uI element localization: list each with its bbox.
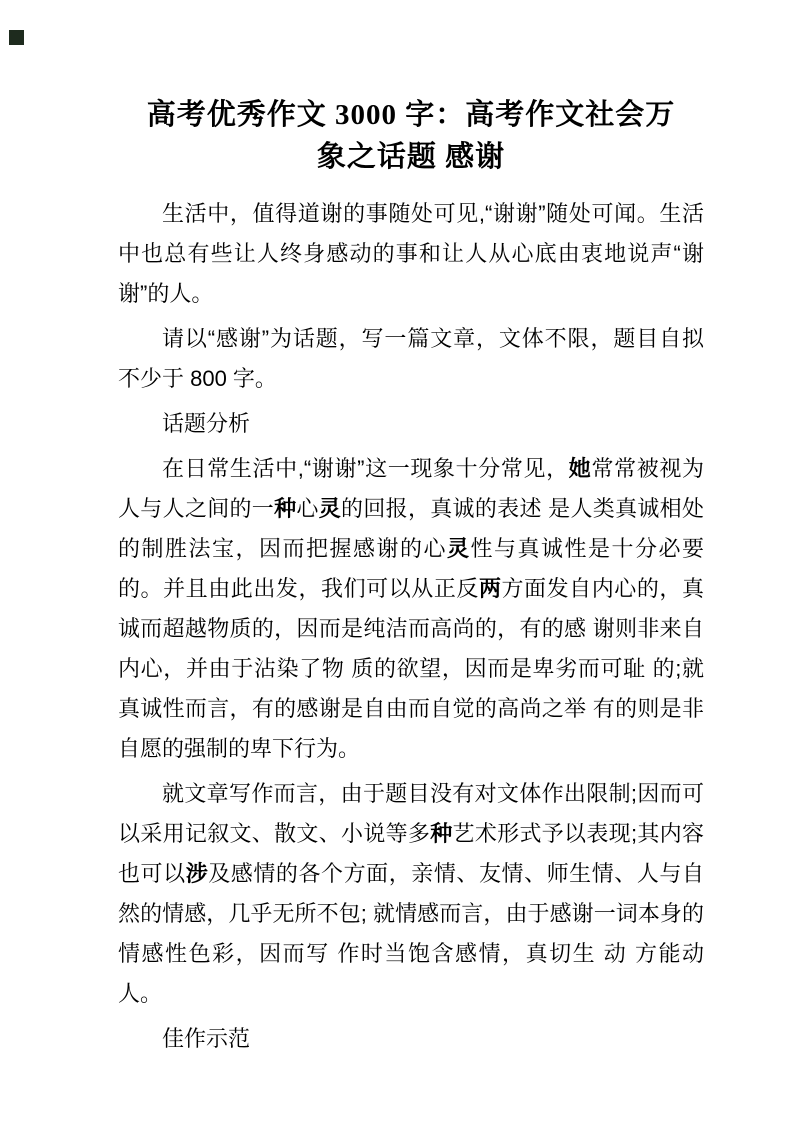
text-run: 话题分析	[162, 411, 250, 436]
paragraph: 就文章写作而言，由于题目没有对文体作出限制;因而可以采用记叙文、散文、小说等多种…	[118, 774, 704, 1014]
title-line-1: 高考优秀作文 3000 字：高考作文社会万	[118, 94, 704, 136]
bold-text-run: 涉	[186, 861, 209, 886]
text-run: 方面发自内心的，真诚而超越物质的，因而是纯洁而高尚的，有的感 谢则非来自内心，并…	[118, 576, 704, 761]
document-body: 生活中，值得道谢的事随处可见,“谢谢”随处可闻。生活中也总有些让人终身感动的事和…	[118, 194, 704, 1059]
document-content: 高考优秀作文 3000 字：高考作文社会万 象之话题 感谢 生活中，值得道谢的事…	[0, 0, 794, 1059]
text-run: 心	[296, 496, 318, 521]
bold-text-run: 种	[274, 496, 296, 521]
paragraph: 佳作示范	[118, 1019, 704, 1059]
paragraph: 话题分析	[118, 404, 704, 444]
bold-text-run: 灵	[319, 496, 341, 521]
corner-marker-icon	[9, 30, 24, 45]
document-page: { "page": { "background": "#ffffff", "te…	[0, 0, 794, 1123]
text-run: 请以“感谢”为话题，写一篇文章，文体不限，题目自拟 不少于 800 字。	[118, 326, 704, 391]
text-run: 生活中，值得道谢的事随处可见,“谢谢”随处可闻。生活中也总有些让人终身感动的事和…	[118, 201, 704, 306]
title-line-2: 象之话题 感谢	[118, 136, 704, 178]
bold-text-run: 灵	[447, 536, 471, 561]
text-run: 在日常生活中,“谢谢”这一现象十分常见，	[162, 456, 569, 481]
bold-text-run: 两	[479, 576, 502, 601]
paragraph: 请以“感谢”为话题，写一篇文章，文体不限，题目自拟 不少于 800 字。	[118, 319, 704, 399]
bold-text-run: 种	[430, 821, 452, 846]
paragraph: 在日常生活中,“谢谢”这一现象十分常见，她常常被视为人与人之间的一种心灵的回报，…	[118, 449, 704, 769]
paragraph: 生活中，值得道谢的事随处可见,“谢谢”随处可闻。生活中也总有些让人终身感动的事和…	[118, 194, 704, 314]
bold-text-run: 她	[569, 456, 592, 481]
document-title: 高考优秀作文 3000 字：高考作文社会万 象之话题 感谢	[118, 94, 704, 178]
text-run: 佳作示范	[162, 1026, 250, 1051]
